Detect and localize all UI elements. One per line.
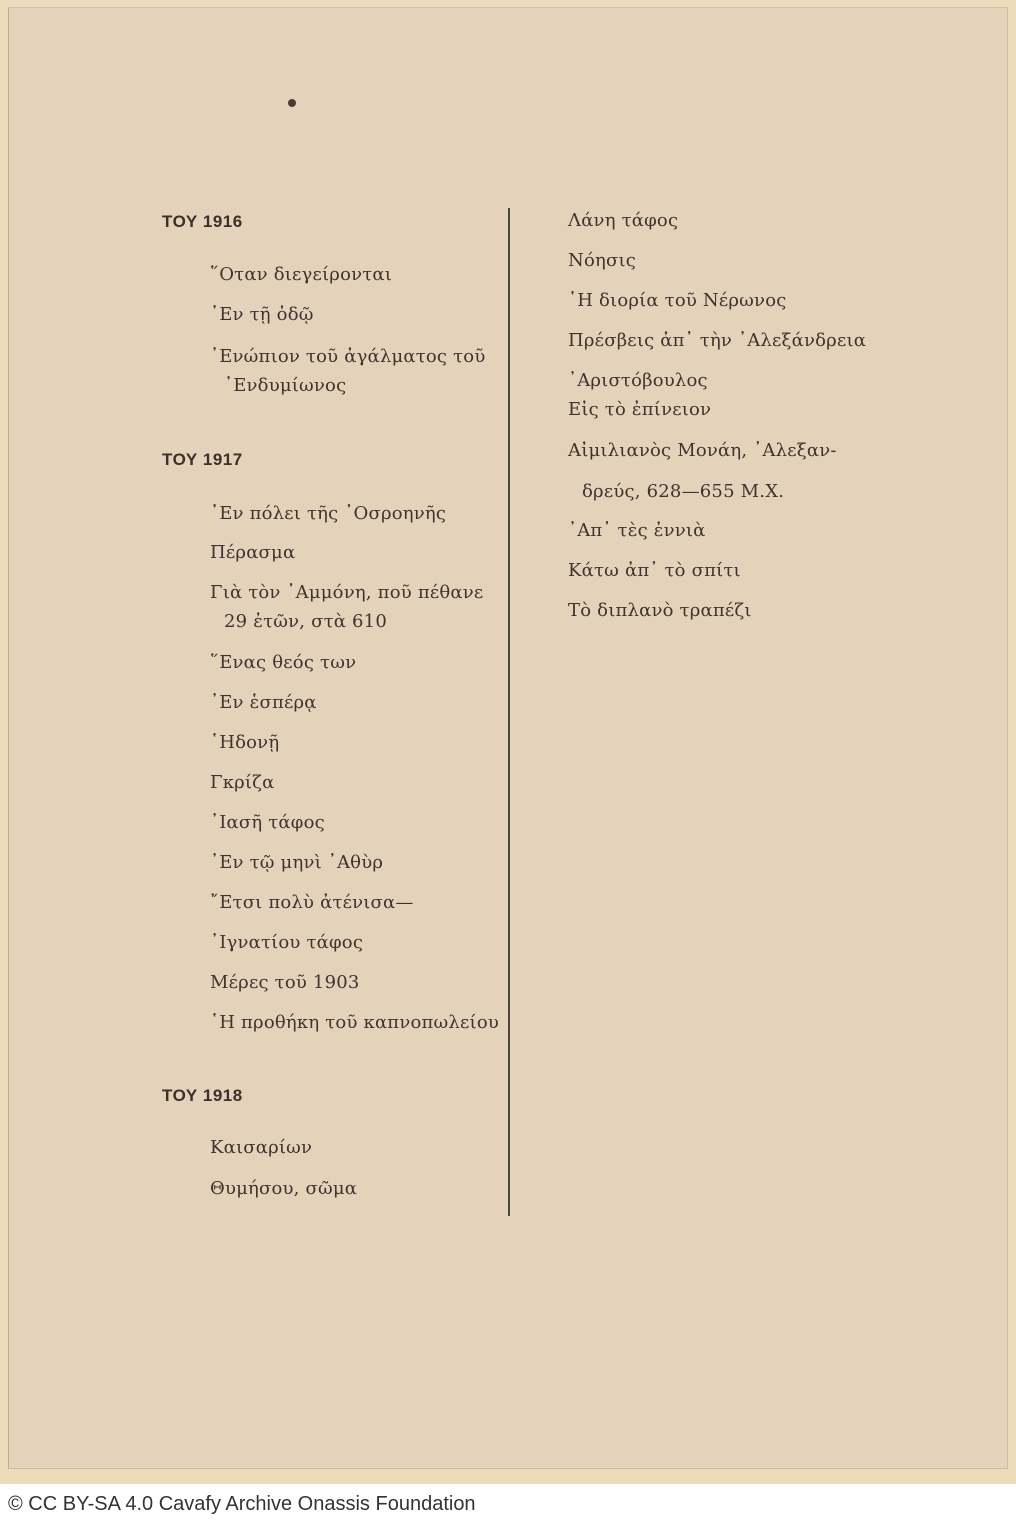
toc-entry-line1: Γιὰ τὸν ᾿Αμμόνη, ποῦ πέθανε xyxy=(210,582,483,603)
toc-entry: Κάτω ἀπ᾿ τὸ σπίτι xyxy=(568,556,741,585)
toc-entry: Πρέσβεις ἀπ᾿ τὴν ᾿Αλεξάνδρεια xyxy=(568,326,866,355)
toc-entry: ῞Οταν διεγείρονται xyxy=(210,260,392,289)
section-heading-1917: ΤΟΥ 1917 xyxy=(162,450,243,470)
toc-entry: ῾Η προθήκη τοῦ καπνοπωλείου xyxy=(210,1008,499,1037)
toc-entry-line2: 29 ἐτῶν, στὰ 610 xyxy=(210,607,483,636)
toc-entry: Γιὰ τὸν ᾿Αμμόνη, ποῦ πέθανε 29 ἐτῶν, στὰ… xyxy=(210,578,483,636)
toc-entry: ᾿Αριστόβουλος xyxy=(568,366,708,395)
column-divider xyxy=(508,208,510,1216)
toc-entry-line2: δρεύς, 628—655 Μ.Χ. xyxy=(568,477,837,506)
copyright-credit: © CC BY-SA 4.0 Cavafy Archive Onassis Fo… xyxy=(8,1487,476,1521)
toc-entry: Θυμήσου, σῶμα xyxy=(210,1174,357,1203)
toc-entry: Μέρες τοῦ 1903 xyxy=(210,968,360,997)
toc-entry: ᾿Εν τῷ μηνὶ ᾿Αθὺρ xyxy=(210,848,383,877)
toc-entry: ᾿Εν ἑσπέρᾳ xyxy=(210,688,317,717)
section-heading-1918: ΤΟΥ 1918 xyxy=(162,1086,243,1106)
toc-entry-line1: Αἰμιλιανὸς Μονάη, ᾿Αλεξαν- xyxy=(568,440,837,461)
toc-entry: Λάνη τάφος xyxy=(568,206,678,235)
toc-entry: Νόησις xyxy=(568,246,636,275)
toc-entry: ᾿Ιασῆ τάφος xyxy=(210,808,325,837)
toc-entry: ῞Ενας θεός των xyxy=(210,648,356,677)
toc-entry: Αἰμιλιανὸς Μονάη, ᾿Αλεξαν- δρεύς, 628—65… xyxy=(568,436,837,506)
toc-entry: ᾿Εν πόλει τῆς ᾿Οσροηνῆς xyxy=(210,499,446,528)
toc-entry: ᾿Απ᾿ τὲς ἐννιὰ xyxy=(568,516,706,545)
toc-entry-line1: ᾿Ενώπιον τοῦ ἀγάλματος τοῦ xyxy=(210,346,485,367)
toc-entry: ᾿Εν τῇ ὁδῷ xyxy=(210,300,314,329)
toc-entry: ῾Η διορία τοῦ Νέρωνος xyxy=(568,286,787,315)
toc-entry: Πέρασμα xyxy=(210,538,295,567)
toc-entry: ῎Ετσι πολὺ ἀτένισα— xyxy=(210,888,414,917)
toc-entry: Καισαρίων xyxy=(210,1133,312,1162)
toc-entry: Εἰς τὸ ἐπίνειον xyxy=(568,395,711,424)
toc-entry-line2: ᾿Ενδυμίωνος xyxy=(210,371,485,400)
toc-entry: Τὸ διπλανὸ τραπέζι xyxy=(568,596,752,625)
toc-entry: Γκρίζα xyxy=(210,768,275,797)
toc-entry: ᾿Ενώπιον τοῦ ἀγάλματος τοῦ ᾿Ενδυμίωνος xyxy=(210,342,485,400)
section-heading-1916: ΤΟΥ 1916 xyxy=(162,212,243,232)
toc-entry: ῾Ηδονῇ xyxy=(210,728,279,757)
toc-entry: ᾿Ιγνατίου τάφος xyxy=(210,928,363,957)
ink-dot-mark xyxy=(288,99,296,107)
